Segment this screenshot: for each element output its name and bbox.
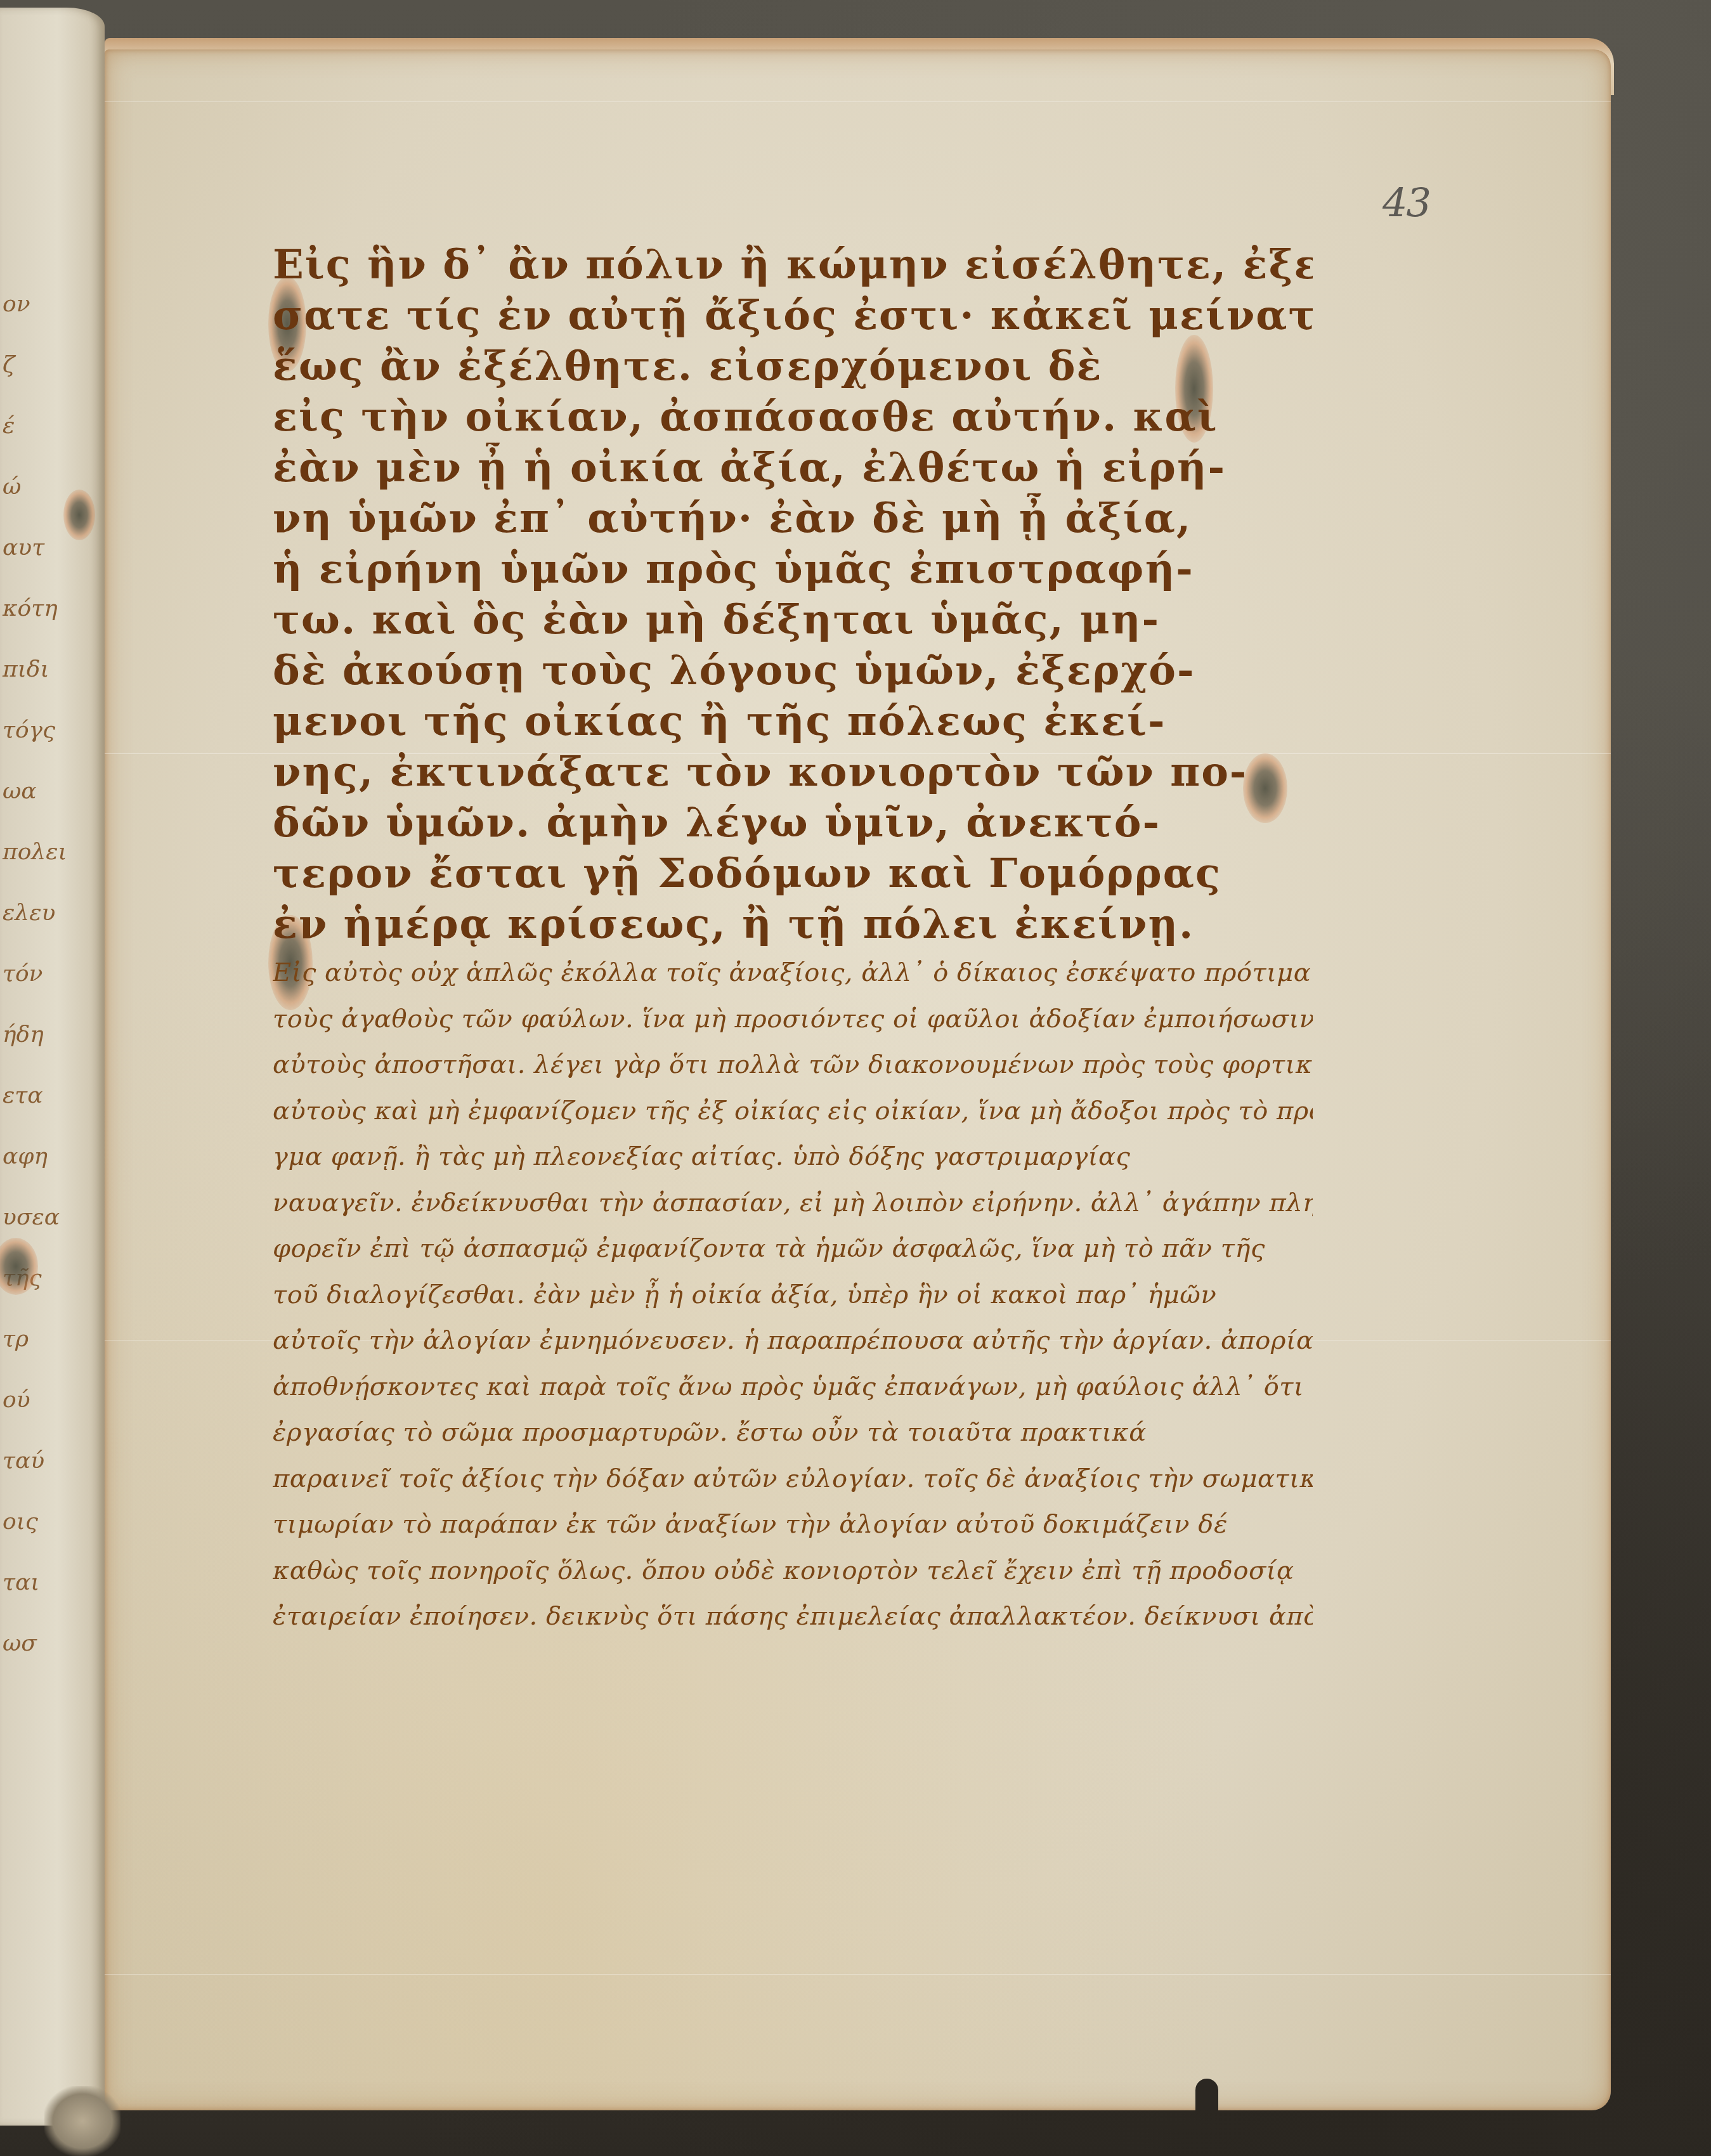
facing-fragment: ται <box>0 1552 101 1613</box>
offset-ink-stain <box>63 490 95 540</box>
commentary-line: τοῦ διαλογίζεσθαι. ἐὰν μὲν ᾖ ἡ οἰκία ἀξί… <box>273 1272 1313 1318</box>
facing-fragment: οις <box>0 1491 101 1552</box>
commentary-line: παραινεῖ τοῖς ἀξίοις τὴν δόξαν αὐτῶν εὐλ… <box>273 1456 1313 1502</box>
facing-fragment: έ <box>0 396 101 457</box>
commentary-line: τοὺς ἀγαθοὺς τῶν φαύλων. ἵνα μὴ προσιόντ… <box>273 996 1313 1042</box>
text-line: τω. καὶ ὃς ἐὰν μὴ δέξηται ὑμᾶς, μη- <box>273 595 1313 646</box>
text-line: ΕΕἰς ἣν δ᾽ ἂν πόλιν ἢ κώμην εἰσέλθητε, ἐ… <box>273 240 1313 290</box>
text-line: ἐὰν μὲν ᾖ ἡ οἰκία ἀξία, ἐλθέτω ἡ εἰρή- <box>273 443 1313 493</box>
commentary-line: καθὼς τοῖς πονηροῖς ὅλως. ὅπου οὐδὲ κονι… <box>273 1548 1313 1594</box>
page-edge-notch <box>1195 2079 1218 2110</box>
text-line: δῶν ὑμῶν. ἀμὴν λέγω ὑμῖν, ἀνεκτό- <box>273 798 1313 848</box>
facing-fragment: ετα <box>0 1065 101 1126</box>
text-line: ἡ εἰρήνη ὑμῶν πρὸς ὑμᾶς ἐπιστραφή- <box>273 544 1313 595</box>
facing-fragment: τόγς <box>0 700 101 761</box>
commentary-line: αὐτοὺς ἀποστῆσαι. λέγει γὰρ ὅτι πολλὰ τῶ… <box>273 1042 1313 1088</box>
text-line: σατε τίς ἐν αὐτῇ ἄξιός ἐστι· κἀκεῖ μείνα… <box>273 290 1313 341</box>
text-block: ΕΕἰς ἣν δ᾽ ἂν πόλιν ἢ κώμην εἰσέλθητε, ἐ… <box>273 240 1313 1640</box>
text-line: νης, ἐκτινάξατε τὸν κονιορτὸν τῶν πο- <box>273 747 1313 798</box>
commentary-line: ἐργασίας τὸ σῶμα προσμαρτυρῶν. ἔστω οὖν … <box>273 1410 1313 1456</box>
facing-fragment: τόν <box>0 944 101 1004</box>
facing-fragment: ήδη <box>0 1004 101 1065</box>
commentary-line: ἐταιρείαν ἐποίησεν. δεικνὺς ὅτι πάσης ἐπ… <box>273 1594 1313 1640</box>
facing-fragment: πολει <box>0 822 101 883</box>
facing-fragment: ταύ <box>0 1431 101 1491</box>
ruling-line <box>105 101 1611 102</box>
facing-fragment: ελευ <box>0 883 101 944</box>
text-line: ἕως ἂν ἐξέλθητε. εἰσερχόμενοι δὲ <box>273 341 1313 392</box>
facing-fragment: ού <box>0 1370 101 1431</box>
commentary-line: γμα φανῇ. ἢ τὰς μὴ πλεονεξίας αἰτίας. ὑπ… <box>273 1134 1313 1180</box>
manuscript-page: 43 ΕΕἰς ἣν δ᾽ ἂν πόλιν ἢ κώμην εἰσέλθητε… <box>105 49 1611 2110</box>
facing-page: ον ζ έ ώ αυτ κότη πιδι τόγς ωα πολει ελε… <box>0 8 105 2126</box>
facing-fragment: τρ <box>0 1309 101 1370</box>
commentary: ΕΕἰς αὐτὸς οὐχ ἁπλῶς ἐκόλλα τοῖς ἀναξίοι… <box>273 950 1313 1640</box>
commentary-line: τιμωρίαν τὸ παράπαν ἐκ τῶν ἀναξίων τὴν ἀ… <box>273 1502 1313 1548</box>
commentary-line: αὐτοὺς καὶ μὴ ἐμφανίζομεν τῆς ἐξ οἰκίας … <box>273 1088 1313 1134</box>
facing-fragment: ωσ <box>0 1613 101 1674</box>
binding-thread <box>44 2086 120 2156</box>
gospel-lemma: ΕΕἰς ἣν δ᾽ ἂν πόλιν ἢ κώμην εἰσέλθητε, ἐ… <box>273 240 1313 950</box>
ruling-line <box>105 1974 1611 1975</box>
commentary-line: ναυαγεῖν. ἐνδείκνυσθαι τὴν ἀσπασίαν, εἰ … <box>273 1180 1313 1226</box>
facing-fragment: πιδι <box>0 639 101 700</box>
commentary-line: ΕΕἰς αὐτὸς οὐχ ἁπλῶς ἐκόλλα τοῖς ἀναξίοι… <box>273 950 1313 996</box>
facing-fragment: αφη <box>0 1126 101 1187</box>
commentary-line: αὐτοῖς τὴν ἀλογίαν ἐμνημόνευσεν. ἡ παραπ… <box>273 1318 1313 1364</box>
text-line: νη ὑμῶν ἐπ᾽ αὐτήν· ἐὰν δὲ μὴ ᾖ ἀξία, <box>273 493 1313 544</box>
facing-fragment: ον <box>0 274 101 335</box>
facing-page-text: ον ζ έ ώ αυτ κότη πιδι τόγς ωα πολει ελε… <box>0 274 101 1674</box>
commentary-line: ἀποθνῄσκοντες καὶ παρὰ τοῖς ἄνω πρὸς ὑμᾶ… <box>273 1364 1313 1410</box>
text-line: τερον ἔσται γῇ Σοδόμων καὶ Γομόρρας <box>273 848 1313 899</box>
text-line: ἐν ἡμέρᾳ κρίσεως, ἢ τῇ πόλει ἐκείνῃ. <box>273 899 1313 950</box>
text-line: εἰς τὴν οἰκίαν, ἀσπάσασθε αὐτήν. καὶ <box>273 392 1313 443</box>
commentary-line: φορεῖν ἐπὶ τῷ ἀσπασμῷ ἐμφανίζοντα τὰ ἡμῶ… <box>273 1226 1313 1272</box>
facing-fragment: ζ <box>0 335 101 396</box>
text-line: δὲ ἀκούσῃ τοὺς λόγους ὑμῶν, ἐξερχό- <box>273 646 1313 696</box>
text-line: μενοι τῆς οἰκίας ἢ τῆς πόλεως ἐκεί- <box>273 696 1313 747</box>
facing-fragment: κότη <box>0 578 101 639</box>
facing-fragment: ωα <box>0 761 101 822</box>
folio-number: 43 <box>1382 179 1430 226</box>
